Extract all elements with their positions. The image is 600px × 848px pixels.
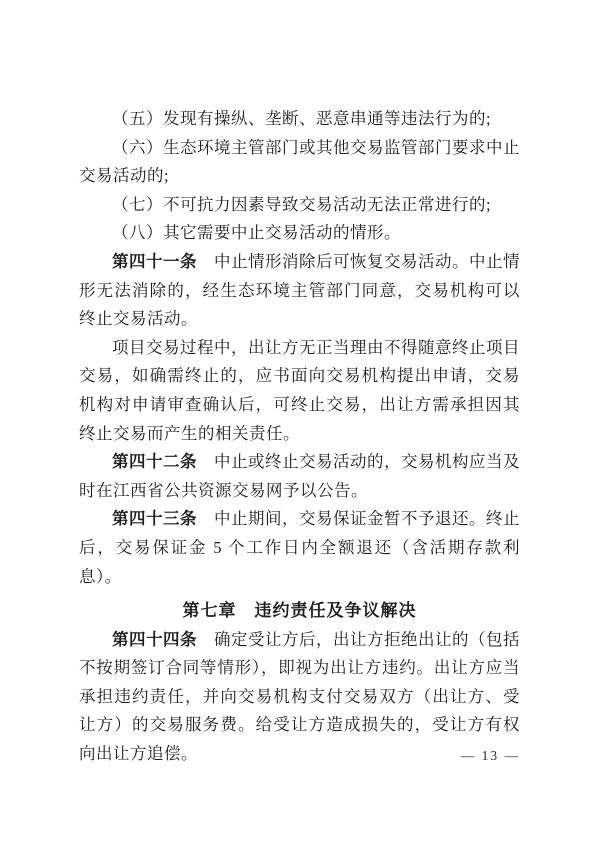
paragraph-article-42: 第四十二条 中止或终止交易活动的，交易机构应当及时在江西省公共资源交易网予以公告…	[79, 448, 520, 505]
paragraph: （七）不可抗力因素导致交易活动无法正常进行的;	[79, 191, 520, 220]
paragraph-text: （七）不可抗力因素导致交易活动无法正常进行的;	[112, 195, 491, 214]
paragraph-article-43: 第四十三条 中止期间，交易保证金暂不予退还。终止后，交易保证金 5 个工作日内全…	[79, 505, 520, 591]
page-number: — 13 —	[461, 748, 520, 763]
paragraph: （八）其它需要中止交易活动的情形。	[79, 219, 520, 248]
paragraph: 项目交易过程中，出让方无正当理由不得随意终止项目交易，如确需终止的，应书面向交易…	[79, 334, 520, 448]
paragraph-text: （五）发现有操纵、垄断、恶意串通等违法行为的;	[112, 109, 491, 128]
article-lead: 第四十四条	[112, 630, 214, 649]
article-lead: 第四十三条	[112, 509, 214, 528]
paragraph-text: 确定受让方后，出让方拒绝出让的（包括不按期签订合同等情形），即视为出让方违约。出…	[79, 630, 520, 763]
article-lead: 第四十一条	[112, 252, 214, 271]
paragraph: （六）生态环境主管部门或其他交易监管部门要求中止交易活动的;	[79, 134, 520, 191]
article-lead: 第四十二条	[112, 452, 214, 471]
paragraph-text: 项目交易过程中，出让方无正当理由不得随意终止项目交易，如确需终止的，应书面向交易…	[79, 338, 520, 443]
chapter-heading: 第七章 违约责任及争议解决	[79, 597, 520, 626]
paragraph-article-41: 第四十一条 中止情形消除后可恢复交易活动。中止情形无法消除的，经生态环境主管部门…	[79, 248, 520, 334]
paragraph-text: （八）其它需要中止交易活动的情形。	[112, 223, 401, 242]
document-page: （五）发现有操纵、垄断、恶意串通等违法行为的; （六）生态环境主管部门或其他交易…	[0, 0, 600, 848]
paragraph: （五）发现有操纵、垄断、恶意串通等违法行为的;	[79, 105, 520, 134]
document-body: （五）发现有操纵、垄断、恶意串通等违法行为的; （六）生态环境主管部门或其他交易…	[79, 105, 520, 769]
paragraph-text: （六）生态环境主管部门或其他交易监管部门要求中止交易活动的;	[79, 138, 520, 186]
paragraph-article-44: 第四十四条 确定受让方后，出让方拒绝出让的（包括不按期签订合同等情形），即视为出…	[79, 626, 520, 769]
